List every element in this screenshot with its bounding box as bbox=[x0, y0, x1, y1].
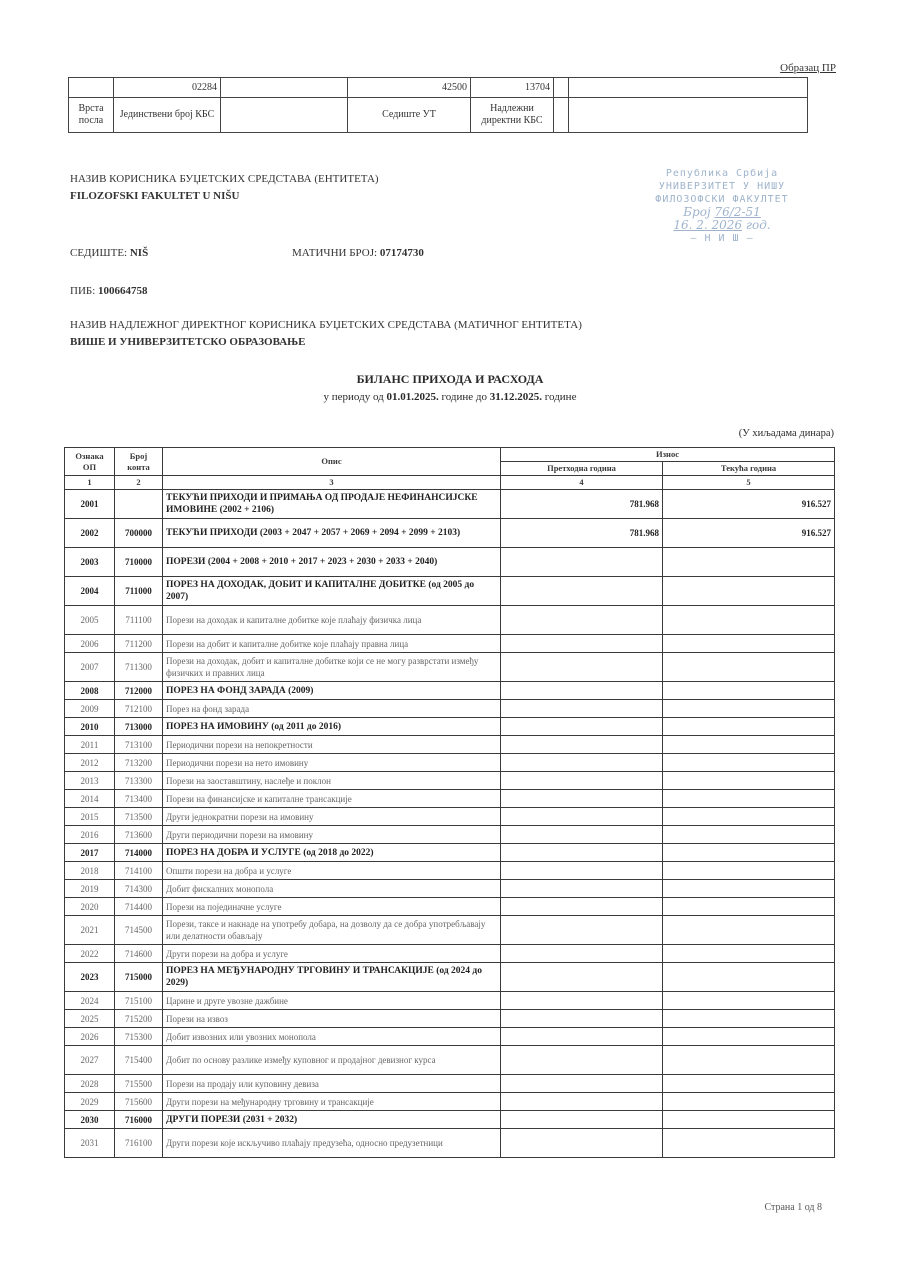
description-cell: Порези на заоставштину, наслеђе и поклон bbox=[163, 772, 501, 790]
curr-year-cell bbox=[663, 862, 835, 880]
account-cell: 713600 bbox=[115, 826, 163, 844]
account-cell: 715600 bbox=[115, 1093, 163, 1111]
description-cell: ТЕКУЋИ ПРИХОДИ И ПРИМАЊА ОД ПРОДАЈЕ НЕФИ… bbox=[163, 490, 501, 519]
op-cell: 2004 bbox=[65, 577, 115, 606]
description-cell: Порези, таксе и накнаде на употребу доба… bbox=[163, 916, 501, 945]
curr-year-cell bbox=[663, 577, 835, 606]
curr-year-cell bbox=[663, 844, 835, 862]
curr-year-cell bbox=[663, 548, 835, 577]
description-cell: Други једнократни порези на имовину bbox=[163, 808, 501, 826]
header-amount: Износ bbox=[501, 448, 835, 462]
table-row: 2031716100Други порези које искључиво пл… bbox=[65, 1129, 835, 1158]
prev-year-cell bbox=[501, 844, 663, 862]
prev-year-cell bbox=[501, 736, 663, 754]
official-stamp: Република Србија УНИВЕРЗИТЕТ У НИШУ ФИЛО… bbox=[622, 167, 822, 245]
cell-kbs-value: 02284 bbox=[114, 78, 221, 98]
account-cell: 711200 bbox=[115, 635, 163, 653]
description-cell: Порези на финансијске и капиталне транса… bbox=[163, 790, 501, 808]
op-cell: 2020 bbox=[65, 898, 115, 916]
op-cell: 2002 bbox=[65, 519, 115, 548]
table-row: 2006711200Порези на добит и капиталне до… bbox=[65, 635, 835, 653]
header-op: Ознака ОП bbox=[65, 448, 115, 476]
op-cell: 2003 bbox=[65, 548, 115, 577]
account-cell: 710000 bbox=[115, 548, 163, 577]
op-cell: 2021 bbox=[65, 916, 115, 945]
account-cell: 712000 bbox=[115, 682, 163, 700]
prev-year-cell bbox=[501, 1046, 663, 1075]
prev-year-cell bbox=[501, 826, 663, 844]
table-row: 2011713100Периодични порези на непокретн… bbox=[65, 736, 835, 754]
prev-year-cell bbox=[501, 1129, 663, 1158]
income-expense-table: Ознака ОП Број конта Опис Износ Претходн… bbox=[64, 447, 835, 1158]
curr-year-cell bbox=[663, 963, 835, 992]
description-cell: Порези на продају или куповину девиза bbox=[163, 1075, 501, 1093]
op-cell: 2015 bbox=[65, 808, 115, 826]
op-cell: 2028 bbox=[65, 1075, 115, 1093]
description-cell: ТЕКУЋИ ПРИХОДИ (2003 + 2047 + 2057 + 206… bbox=[163, 519, 501, 548]
description-cell: ПОРЕЗ НА ФОНД ЗАРАДА (2009) bbox=[163, 682, 501, 700]
table-row: 2012713200Периодични порези на нето имов… bbox=[65, 754, 835, 772]
prev-year-cell bbox=[501, 1010, 663, 1028]
curr-year-cell bbox=[663, 1111, 835, 1129]
cell-empty bbox=[554, 78, 569, 98]
table-row: 2020714400Порези на појединачне услуге bbox=[65, 898, 835, 916]
description-cell: Порези на извоз bbox=[163, 1010, 501, 1028]
curr-year-cell bbox=[663, 653, 835, 682]
col-number: 4 bbox=[501, 476, 663, 490]
form-code: Образац ПР bbox=[780, 62, 836, 74]
table-row: 2004711000ПОРЕЗ НА ДОХОДАК, ДОБИТ И КАПИ… bbox=[65, 577, 835, 606]
curr-year-cell bbox=[663, 808, 835, 826]
account-cell: 715500 bbox=[115, 1075, 163, 1093]
cell-job-type-label: Врста посла bbox=[69, 98, 114, 133]
op-cell: 2010 bbox=[65, 718, 115, 736]
curr-year-cell bbox=[663, 772, 835, 790]
op-cell: 2007 bbox=[65, 653, 115, 682]
table-row: 2027715400Добит по основу разлике између… bbox=[65, 1046, 835, 1075]
curr-year-cell bbox=[663, 898, 835, 916]
report-period: у периоду од 01.01.2025. године до 31.12… bbox=[0, 391, 900, 403]
curr-year-cell bbox=[663, 754, 835, 772]
description-cell: ДРУГИ ПОРЕЗИ (2031 + 2032) bbox=[163, 1111, 501, 1129]
account-cell: 714300 bbox=[115, 880, 163, 898]
description-cell: Други порези на добра и услуге bbox=[163, 945, 501, 963]
curr-year-cell bbox=[663, 606, 835, 635]
curr-year-cell bbox=[663, 682, 835, 700]
description-cell: Добит по основу разлике између куповног … bbox=[163, 1046, 501, 1075]
page-number: Страна 1 од 8 bbox=[764, 1202, 822, 1213]
account-cell: 713500 bbox=[115, 808, 163, 826]
description-cell: ПОРЕЗИ (2004 + 2008 + 2010 + 2017 + 2023… bbox=[163, 548, 501, 577]
table-row: 2022714600Други порези на добра и услуге bbox=[65, 945, 835, 963]
curr-year-cell bbox=[663, 945, 835, 963]
account-cell: 716000 bbox=[115, 1111, 163, 1129]
curr-year-cell bbox=[663, 1093, 835, 1111]
stamp-date: 16. 2. 2026 год. bbox=[622, 219, 822, 232]
prev-year-cell bbox=[501, 754, 663, 772]
description-cell: Царине и друге увозне дажбине bbox=[163, 992, 501, 1010]
curr-year-cell bbox=[663, 826, 835, 844]
table-row: 2017714000ПОРЕЗ НА ДОБРА И УСЛУГЕ (од 20… bbox=[65, 844, 835, 862]
description-cell: Порези на појединачне услуге bbox=[163, 898, 501, 916]
table-row: 2007711300Порези на доходак, добит и кап… bbox=[65, 653, 835, 682]
account-cell: 711100 bbox=[115, 606, 163, 635]
cell-kbs-label: Јединствени број КБС bbox=[114, 98, 221, 133]
table-row: 2010713000ПОРЕЗ НА ИМОВИНУ (од 2011 до 2… bbox=[65, 718, 835, 736]
description-cell: Порез на фонд зарада bbox=[163, 700, 501, 718]
curr-year-cell bbox=[663, 635, 835, 653]
description-cell: Други порези на међународну трговину и т… bbox=[163, 1093, 501, 1111]
account-cell: 716100 bbox=[115, 1129, 163, 1158]
stamp-city: — Н И Ш — bbox=[622, 232, 822, 245]
table-row: 2030716000ДРУГИ ПОРЕЗИ (2031 + 2032) bbox=[65, 1111, 835, 1129]
account-cell: 714500 bbox=[115, 916, 163, 945]
cell-direct-kbs-label: Надлежни директни КБС bbox=[471, 98, 554, 133]
parent-entity-name: ВИШЕ И УНИВЕРЗИТЕТСКО ОБРАЗОВАЊЕ bbox=[70, 336, 306, 348]
table-row: 2019714300Добит фискалних монопола bbox=[65, 880, 835, 898]
account-cell: 715000 bbox=[115, 963, 163, 992]
prev-year-cell bbox=[501, 606, 663, 635]
op-cell: 2019 bbox=[65, 880, 115, 898]
account-cell: 713300 bbox=[115, 772, 163, 790]
curr-year-cell bbox=[663, 1046, 835, 1075]
op-cell: 2006 bbox=[65, 635, 115, 653]
table-row: 2029715600Други порези на међународну тр… bbox=[65, 1093, 835, 1111]
col-number: 2 bbox=[115, 476, 163, 490]
description-cell: ПОРЕЗ НА ДОБРА И УСЛУГЕ (од 2018 до 2022… bbox=[163, 844, 501, 862]
op-cell: 2011 bbox=[65, 736, 115, 754]
table-row: 2024715100Царине и друге увозне дажбине bbox=[65, 992, 835, 1010]
description-cell: Порези на добит и капиталне добитке које… bbox=[163, 635, 501, 653]
curr-year-cell bbox=[663, 1010, 835, 1028]
op-cell: 2031 bbox=[65, 1129, 115, 1158]
account-cell: 711300 bbox=[115, 653, 163, 682]
description-cell: Добит фискалних монопола bbox=[163, 880, 501, 898]
pib-field: ПИБ: 100664758 bbox=[70, 285, 148, 297]
table-row: 2005711100Порези на доходак и капиталне … bbox=[65, 606, 835, 635]
curr-year-cell bbox=[663, 700, 835, 718]
curr-year-cell bbox=[663, 1129, 835, 1158]
table-row: 2028715500Порези на продају или куповину… bbox=[65, 1075, 835, 1093]
op-cell: 2029 bbox=[65, 1093, 115, 1111]
prev-year-cell bbox=[501, 718, 663, 736]
prev-year-cell bbox=[501, 700, 663, 718]
prev-year-cell bbox=[501, 992, 663, 1010]
prev-year-cell bbox=[501, 1028, 663, 1046]
prev-year-cell: 781.968 bbox=[501, 490, 663, 519]
table-row: 2009712100Порез на фонд зарада bbox=[65, 700, 835, 718]
seat-field: СЕДИШТЕ: NIŠ bbox=[70, 247, 148, 259]
account-cell: 714400 bbox=[115, 898, 163, 916]
prev-year-cell bbox=[501, 772, 663, 790]
account-cell: 714000 bbox=[115, 844, 163, 862]
account-cell: 713000 bbox=[115, 718, 163, 736]
prev-year-cell bbox=[501, 880, 663, 898]
account-cell: 715300 bbox=[115, 1028, 163, 1046]
col-number: 1 bbox=[65, 476, 115, 490]
prev-year-cell bbox=[501, 808, 663, 826]
table-row: 2018714100Општи порези на добра и услуге bbox=[65, 862, 835, 880]
op-cell: 2012 bbox=[65, 754, 115, 772]
description-cell: Порези на доходак и капиталне добитке ко… bbox=[163, 606, 501, 635]
prev-year-cell bbox=[501, 682, 663, 700]
curr-year-cell bbox=[663, 718, 835, 736]
table-row: 2026715300Добит извозних или увозних мон… bbox=[65, 1028, 835, 1046]
table-row: 2001ТЕКУЋИ ПРИХОДИ И ПРИМАЊА ОД ПРОДАЈЕ … bbox=[65, 490, 835, 519]
prev-year-cell bbox=[501, 1111, 663, 1129]
currency-unit-note: (У хиљадама динара) bbox=[739, 428, 834, 439]
prev-year-cell bbox=[501, 577, 663, 606]
account-cell: 713100 bbox=[115, 736, 163, 754]
prev-year-cell bbox=[501, 548, 663, 577]
prev-year-cell bbox=[501, 916, 663, 945]
prev-year-cell bbox=[501, 1093, 663, 1111]
cell-empty bbox=[221, 98, 348, 133]
header-curr-year: Текућа година bbox=[663, 462, 835, 476]
stamp-line: Република Србија bbox=[622, 167, 822, 180]
op-cell: 2025 bbox=[65, 1010, 115, 1028]
pib-value: 100664758 bbox=[98, 285, 148, 297]
table-row: 2021714500Порези, таксе и накнаде на упо… bbox=[65, 916, 835, 945]
description-cell: Општи порези на добра и услуге bbox=[163, 862, 501, 880]
curr-year-cell bbox=[663, 916, 835, 945]
account-cell bbox=[115, 490, 163, 519]
prev-year-cell bbox=[501, 790, 663, 808]
header-code-table: 02284 42500 13704 Врста посла Јединствен… bbox=[68, 77, 808, 133]
account-cell: 714100 bbox=[115, 862, 163, 880]
table-row: 2023715000ПОРЕЗ НА МЕЂУНАРОДНУ ТРГОВИНУ … bbox=[65, 963, 835, 992]
reg-no-value: 07174730 bbox=[380, 247, 424, 259]
entity-name-label: НАЗИВ КОРИСНИКА БУЏЕТСКИХ СРЕДСТАВА (ЕНТ… bbox=[70, 173, 379, 185]
entity-name: FILOZOFSKI FAKULTET U NIŠU bbox=[70, 190, 239, 202]
op-cell: 2005 bbox=[65, 606, 115, 635]
prev-year-cell bbox=[501, 653, 663, 682]
cell-direct-kbs-value: 13704 bbox=[471, 78, 554, 98]
description-cell: Периодични порези на непокретности bbox=[163, 736, 501, 754]
table-row: 2003710000ПОРЕЗИ (2004 + 2008 + 2010 + 2… bbox=[65, 548, 835, 577]
header-account: Број конта bbox=[115, 448, 163, 476]
table-row: 2013713300Порези на заоставштину, наслеђ… bbox=[65, 772, 835, 790]
prev-year-cell bbox=[501, 945, 663, 963]
account-cell: 713200 bbox=[115, 754, 163, 772]
prev-year-cell: 781.968 bbox=[501, 519, 663, 548]
op-cell: 2027 bbox=[65, 1046, 115, 1075]
op-cell: 2017 bbox=[65, 844, 115, 862]
curr-year-cell: 916.527 bbox=[663, 519, 835, 548]
table-row: 2002700000ТЕКУЋИ ПРИХОДИ (2003 + 2047 + … bbox=[65, 519, 835, 548]
account-cell: 715200 bbox=[115, 1010, 163, 1028]
seat-label: СЕДИШТЕ: bbox=[70, 247, 127, 259]
seat-value: NIŠ bbox=[130, 247, 148, 259]
op-cell: 2023 bbox=[65, 963, 115, 992]
op-cell: 2001 bbox=[65, 490, 115, 519]
op-cell: 2008 bbox=[65, 682, 115, 700]
curr-year-cell bbox=[663, 1075, 835, 1093]
description-cell: Други периодични порези на имовину bbox=[163, 826, 501, 844]
description-cell: ПОРЕЗ НА ДОХОДАК, ДОБИТ И КАПИТАЛНЕ ДОБИ… bbox=[163, 577, 501, 606]
reg-no-label: МАТИЧНИ БРОЈ: bbox=[292, 247, 377, 259]
header-description: Опис bbox=[163, 448, 501, 476]
report-title: БИЛАНС ПРИХОДА И РАСХОДА bbox=[0, 372, 900, 387]
prev-year-cell bbox=[501, 898, 663, 916]
table-row: 2016713600Други периодични порези на имо… bbox=[65, 826, 835, 844]
op-cell: 2009 bbox=[65, 700, 115, 718]
stamp-line: УНИВЕРЗИТЕТ У НИШУ bbox=[622, 180, 822, 193]
account-cell: 714600 bbox=[115, 945, 163, 963]
op-cell: 2022 bbox=[65, 945, 115, 963]
cell-empty bbox=[569, 98, 808, 133]
parent-entity-label: НАЗИВ НАДЛЕЖНОГ ДИРЕКТНОГ КОРИСНИКА БУЏЕ… bbox=[70, 319, 582, 331]
cell-ut-value: 42500 bbox=[348, 78, 471, 98]
header-prev-year: Претходна година bbox=[501, 462, 663, 476]
curr-year-cell bbox=[663, 1028, 835, 1046]
cell-empty bbox=[569, 78, 808, 98]
description-cell: Други порези које искључиво плаћају пред… bbox=[163, 1129, 501, 1158]
curr-year-cell bbox=[663, 790, 835, 808]
table-row: 2008712000ПОРЕЗ НА ФОНД ЗАРАДА (2009) bbox=[65, 682, 835, 700]
description-cell: ПОРЕЗ НА МЕЂУНАРОДНУ ТРГОВИНУ И ТРАНСАКЦ… bbox=[163, 963, 501, 992]
op-cell: 2024 bbox=[65, 992, 115, 1010]
op-cell: 2026 bbox=[65, 1028, 115, 1046]
table-row: 2014713400Порези на финансијске и капита… bbox=[65, 790, 835, 808]
reg-no-field: МАТИЧНИ БРОЈ: 07174730 bbox=[292, 247, 424, 259]
table-row: 2025715200Порези на извоз bbox=[65, 1010, 835, 1028]
account-cell: 715400 bbox=[115, 1046, 163, 1075]
account-cell: 713400 bbox=[115, 790, 163, 808]
op-cell: 2014 bbox=[65, 790, 115, 808]
curr-year-cell: 916.527 bbox=[663, 490, 835, 519]
table-row: 2015713500Други једнократни порези на им… bbox=[65, 808, 835, 826]
prev-year-cell bbox=[501, 1075, 663, 1093]
description-cell: Порези на доходак, добит и капиталне доб… bbox=[163, 653, 501, 682]
curr-year-cell bbox=[663, 736, 835, 754]
description-cell: Добит извозних или увозних монопола bbox=[163, 1028, 501, 1046]
account-cell: 715100 bbox=[115, 992, 163, 1010]
account-cell: 700000 bbox=[115, 519, 163, 548]
description-cell: ПОРЕЗ НА ИМОВИНУ (од 2011 до 2016) bbox=[163, 718, 501, 736]
description-cell: Периодични порези на нето имовину bbox=[163, 754, 501, 772]
prev-year-cell bbox=[501, 635, 663, 653]
curr-year-cell bbox=[663, 880, 835, 898]
cell-ut-label: Седиште УТ bbox=[348, 98, 471, 133]
account-cell: 712100 bbox=[115, 700, 163, 718]
op-cell: 2016 bbox=[65, 826, 115, 844]
col-number: 5 bbox=[663, 476, 835, 490]
prev-year-cell bbox=[501, 862, 663, 880]
op-cell: 2013 bbox=[65, 772, 115, 790]
pib-label: ПИБ: bbox=[70, 285, 95, 297]
op-cell: 2030 bbox=[65, 1111, 115, 1129]
cell-job-type-value bbox=[69, 78, 114, 98]
cell-empty bbox=[554, 98, 569, 133]
cell-empty bbox=[221, 78, 348, 98]
col-number: 3 bbox=[163, 476, 501, 490]
curr-year-cell bbox=[663, 992, 835, 1010]
account-cell: 711000 bbox=[115, 577, 163, 606]
prev-year-cell bbox=[501, 963, 663, 992]
op-cell: 2018 bbox=[65, 862, 115, 880]
